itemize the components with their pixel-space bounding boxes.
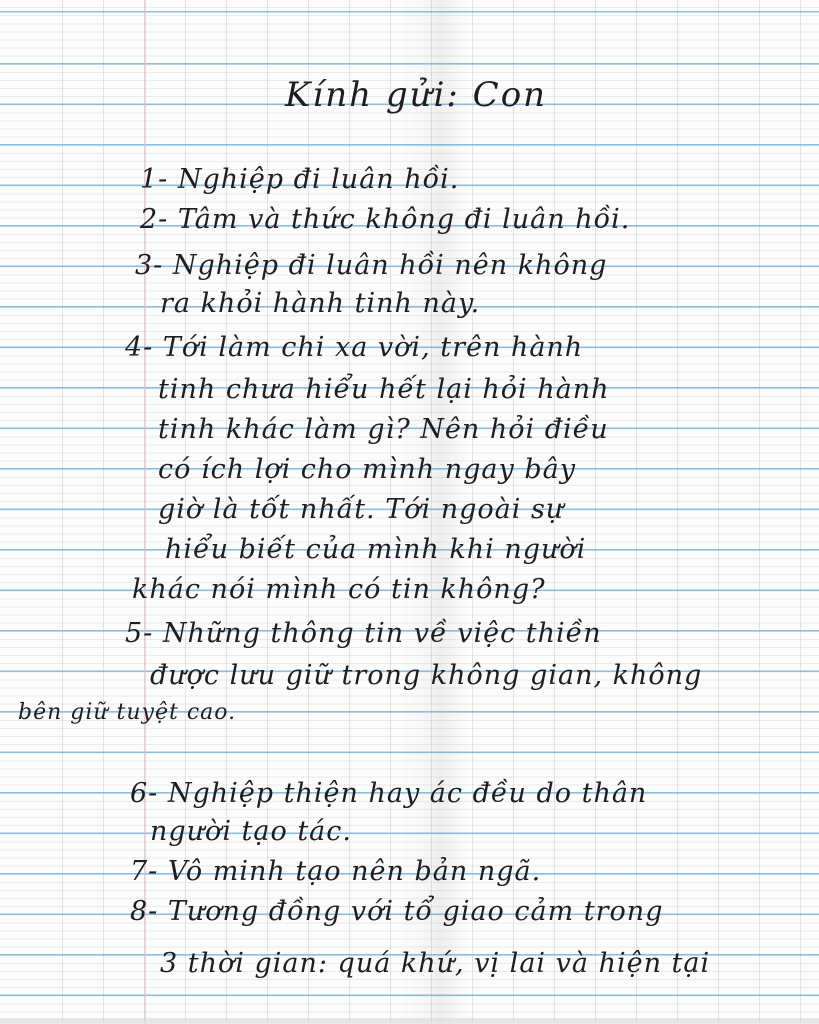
item-3-line-2: ra khỏi hành tinh này. [160, 290, 480, 317]
item-6-line-1: 6- Nghiệp thiện hay ác đều do thân [130, 780, 647, 807]
item-6-line-2: người tạo tác. [150, 818, 352, 845]
item-4-line-7: khác nói mình có tin không? [132, 576, 546, 603]
item-7-line-1: 7- Vô minh tạo nên bản ngã. [130, 858, 541, 885]
letter-salutation: Kính gửi: Con [285, 78, 547, 112]
item-1-line-1: 1- Nghiệp đi luân hồi. [140, 166, 459, 193]
item-8-line-2: 3 thời gian: quá khứ, vị lai và hiện tại [160, 950, 710, 977]
item-4-line-4: có ích lợi cho mình ngay bây [158, 456, 576, 483]
item-4-line-5: giờ là tốt nhất. Tới ngoài sự [158, 496, 564, 523]
item-5-line-2: được lưu giữ trong không gian, không [150, 662, 702, 689]
item-2-line-1: 2- Tâm và thức không đi luân hồi. [140, 206, 630, 233]
item-3-line-1: 3- Nghiệp đi luân hồi nên không [135, 252, 607, 279]
item-4-line-6: hiểu biết của mình khi người [165, 536, 586, 563]
item-4-line-1: 4- Tới làm chi xa vời, trên hành [125, 334, 583, 361]
item-8-line-1: 8- Tương đồng với tổ giao cảm trong [130, 898, 663, 925]
lined-paper-page: Kính gửi: Con 1- Nghiệp đi luân hồi. 2- … [0, 0, 819, 1024]
item-5-line-3-margin-note: bên giữ tuyệt cao. [18, 702, 236, 724]
item-5-line-1: 5- Những thông tin về việc thiền [125, 620, 602, 647]
item-4-line-3: tinh khác làm gì? Nên hỏi điều [158, 416, 609, 443]
item-4-line-2: tinh chưa hiểu hết lại hỏi hành [158, 376, 610, 403]
paper-bottom-edge [0, 1018, 819, 1024]
